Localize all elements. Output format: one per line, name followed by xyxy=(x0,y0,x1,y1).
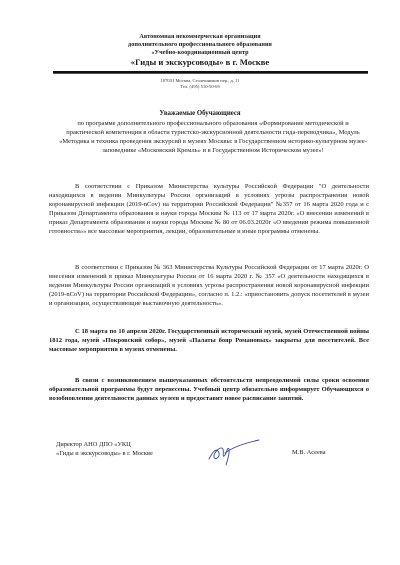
letterhead-line-3: «Учебно-координационный центр xyxy=(0,49,400,57)
letterhead-line-1: Автономная некоммерческая организация xyxy=(0,33,400,41)
letterhead-line-2: дополнительного профессионального образо… xyxy=(0,41,400,49)
paragraph-3-text: С 18 марта по 10 апреля 2020г. Государст… xyxy=(49,328,369,353)
letter-page: Автономная некоммерческая организация до… xyxy=(0,0,400,565)
signatory-name: М.В. Асеева xyxy=(292,449,326,456)
contact-info: 107031 Москва, Столешников пер., д. 11 Т… xyxy=(0,78,400,90)
paragraph-3-notice: С 18 марта по 10 апреля 2020г. Государст… xyxy=(49,328,369,355)
organization-name: «Гиды и экскурсоводы» в г. Москве xyxy=(0,57,400,67)
paragraph-1: В соответствии с Приказом Министерства к… xyxy=(49,183,369,236)
signatory-position: Директор АНО ДПО «УКЦ «Гиды и экскурсово… xyxy=(56,440,153,458)
letterhead: Автономная некоммерческая организация до… xyxy=(0,33,400,67)
paragraph-1-text: В соответствии с Приказом Министерства к… xyxy=(49,183,369,235)
paragraph-4-notice: В связи с возникновением вышеуказанных о… xyxy=(49,377,369,404)
handwritten-signature-icon xyxy=(205,437,265,467)
position-line-2: «Гиды и экскурсоводы» в г. Москве xyxy=(56,449,153,458)
position-line-1: Директор АНО ДПО «УКЦ xyxy=(56,440,153,449)
paragraph-4-text: В связи с возникновением вышеуказанных о… xyxy=(49,377,369,402)
salutation: Уважаемые Обучающиеся xyxy=(0,110,400,117)
intro-text: по программе дополнительного профессиона… xyxy=(58,119,368,155)
paragraph-2-text: В соответствии с Приказом № 363 Министер… xyxy=(49,264,369,307)
phone: Тел. (495) 510-50-69 xyxy=(0,84,400,90)
paragraph-2: В соответствии с Приказом № 363 Министер… xyxy=(49,264,369,309)
letterhead-divider xyxy=(53,71,368,73)
